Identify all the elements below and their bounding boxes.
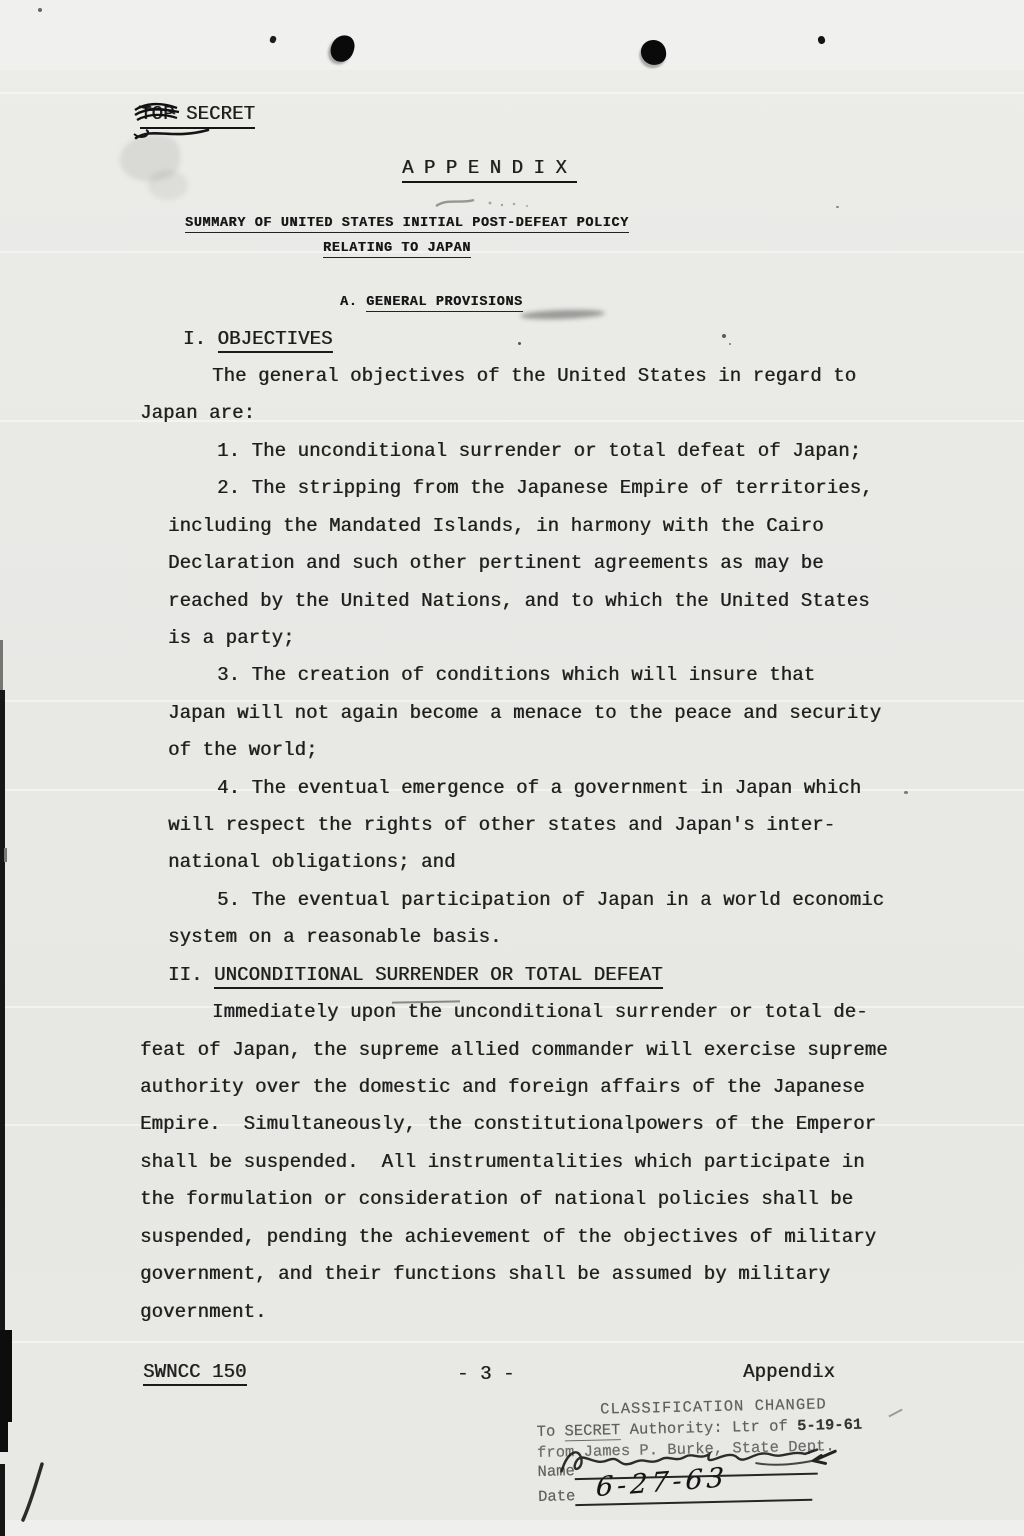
- body-line: feat of Japan, the supreme allied comman…: [140, 1039, 888, 1062]
- body-line: Japan are:: [140, 402, 255, 425]
- body-line: Declaration and such other pertinent agr…: [168, 552, 824, 575]
- body-line: including the Mandated Islands, in harmo…: [168, 515, 824, 538]
- stain: [148, 170, 188, 200]
- struck-word: TOP: [140, 103, 175, 126]
- handwritten-slash: [18, 1460, 48, 1526]
- dust-speck: [38, 8, 42, 12]
- scan-edge-notch: [0, 1452, 10, 1464]
- section-a-prefix: A.: [340, 295, 357, 310]
- stamp-to-label: To: [536, 1423, 555, 1441]
- kept-word-text: SECRET: [186, 103, 255, 125]
- scan-edge: [0, 1330, 12, 1422]
- section-2-prefix: II.: [168, 964, 203, 986]
- stain: [120, 135, 180, 181]
- scan-edge: [0, 1422, 8, 1458]
- body-line: government, and their functions shall be…: [140, 1263, 830, 1286]
- scan-edge: [4, 848, 7, 862]
- ink-smudge: [520, 309, 605, 321]
- section-a-heading: A. GENERAL PROVISIONS: [340, 295, 523, 311]
- doc-title-line1: SUMMARY OF UNITED STATES INITIAL POST-DE…: [185, 216, 629, 232]
- body-line: Empire. Simultaneously, the constitution…: [140, 1113, 876, 1136]
- scan-streak: [0, 92, 1024, 94]
- dust-speck: [518, 342, 521, 345]
- hole-punch: [328, 33, 356, 64]
- section-1-title: OBJECTIVES: [218, 328, 333, 353]
- ink-speck: [817, 35, 826, 45]
- body-line: system on a reasonable basis.: [168, 926, 502, 949]
- section-1-heading: I. OBJECTIVES: [183, 328, 333, 351]
- footer-page-number: - 3 -: [457, 1363, 515, 1386]
- body-line: of the world;: [168, 739, 318, 762]
- body-line: Japan will not again become a menace to …: [168, 702, 881, 725]
- pencil-smudge: [432, 194, 542, 214]
- footer-doc-number: SWNCC 150: [143, 1361, 247, 1384]
- stamp-authority-date: 5-19-61: [797, 1416, 863, 1435]
- doc-title-line2: RELATING TO JAPAN: [323, 241, 471, 257]
- section-2-title: UNCONDITIONAL SURRENDER OR TOTAL DEFEAT: [214, 964, 663, 989]
- stamp-new-class: SECRET: [564, 1421, 620, 1441]
- scan-light-band: [0, 0, 1024, 70]
- body-line: will respect the rights of other states …: [168, 814, 835, 837]
- section-1-prefix: I.: [183, 328, 206, 350]
- classification-changed-stamp: CLASSIFICATION CHANGED To SECRET Authori…: [536, 1394, 899, 1532]
- body-line: The general objectives of the United Sta…: [212, 365, 856, 388]
- footer-section-label: Appendix: [743, 1361, 835, 1384]
- scan-streak: [0, 251, 1024, 253]
- appendix-text: APPENDIX: [402, 157, 577, 183]
- doc-title-text1: SUMMARY OF UNITED STATES INITIAL POST-DE…: [185, 216, 629, 233]
- dust-speck: [836, 206, 839, 208]
- appendix-heading: APPENDIX: [402, 157, 577, 180]
- body-line: Immediately upon the unconditional surre…: [212, 1001, 868, 1024]
- footer-doc-number-text: SWNCC 150: [143, 1361, 247, 1386]
- scan-edge: [0, 690, 5, 1536]
- dust-speck: [904, 791, 908, 794]
- scan-edge: [0, 640, 3, 700]
- body-line: government.: [140, 1301, 267, 1324]
- section-2-heading: II. UNCONDITIONAL SURRENDER OR TOTAL DEF…: [168, 964, 663, 987]
- body-line: 4. The eventual emergence of a governmen…: [217, 777, 861, 800]
- body-line: suspended, pending the achievement of th…: [140, 1226, 876, 1249]
- body-line: national obligations; and: [168, 851, 456, 874]
- stamp-name-label: Name: [537, 1462, 575, 1481]
- scan-streak: [0, 1341, 1024, 1343]
- body-line: reached by the United Nations, and to wh…: [168, 590, 870, 613]
- section-a-title: GENERAL PROVISIONS: [366, 295, 523, 312]
- body-line: shall be suspended. All instrumentalitie…: [140, 1151, 865, 1174]
- classification-header: TOP SECRET: [140, 103, 255, 126]
- dust-speck: [722, 334, 726, 338]
- stamp-authority: Authority: Ltr of: [629, 1417, 788, 1439]
- body-line: 3. The creation of conditions which will…: [217, 664, 815, 687]
- struck-word-text: TOP: [140, 103, 175, 125]
- body-line: 2. The stripping from the Japanese Empir…: [217, 477, 873, 500]
- body-line: the formulation or consideration of nati…: [140, 1188, 853, 1211]
- stamp-date-label: Date: [538, 1487, 576, 1506]
- stamp-heading: CLASSIFICATION CHANGED: [600, 1395, 827, 1418]
- body-line: 5. The eventual participation of Japan i…: [217, 889, 884, 912]
- document-page: TOP SECRET APPENDIX SUMMARY OF UNITED ST…: [0, 0, 1024, 1536]
- hole-punch: [639, 38, 667, 66]
- dust-speck: [729, 343, 731, 345]
- body-line: is a party;: [168, 627, 295, 650]
- doc-title-text2: RELATING TO JAPAN: [323, 241, 471, 258]
- handwritten-date: 6-27-63: [595, 1462, 728, 1503]
- body-line: authority over the domestic and foreign …: [140, 1076, 865, 1099]
- body-line: 1. The unconditional surrender or total …: [217, 440, 861, 463]
- ink-speck: [269, 35, 277, 44]
- classification-text: TOP SECRET: [140, 103, 255, 129]
